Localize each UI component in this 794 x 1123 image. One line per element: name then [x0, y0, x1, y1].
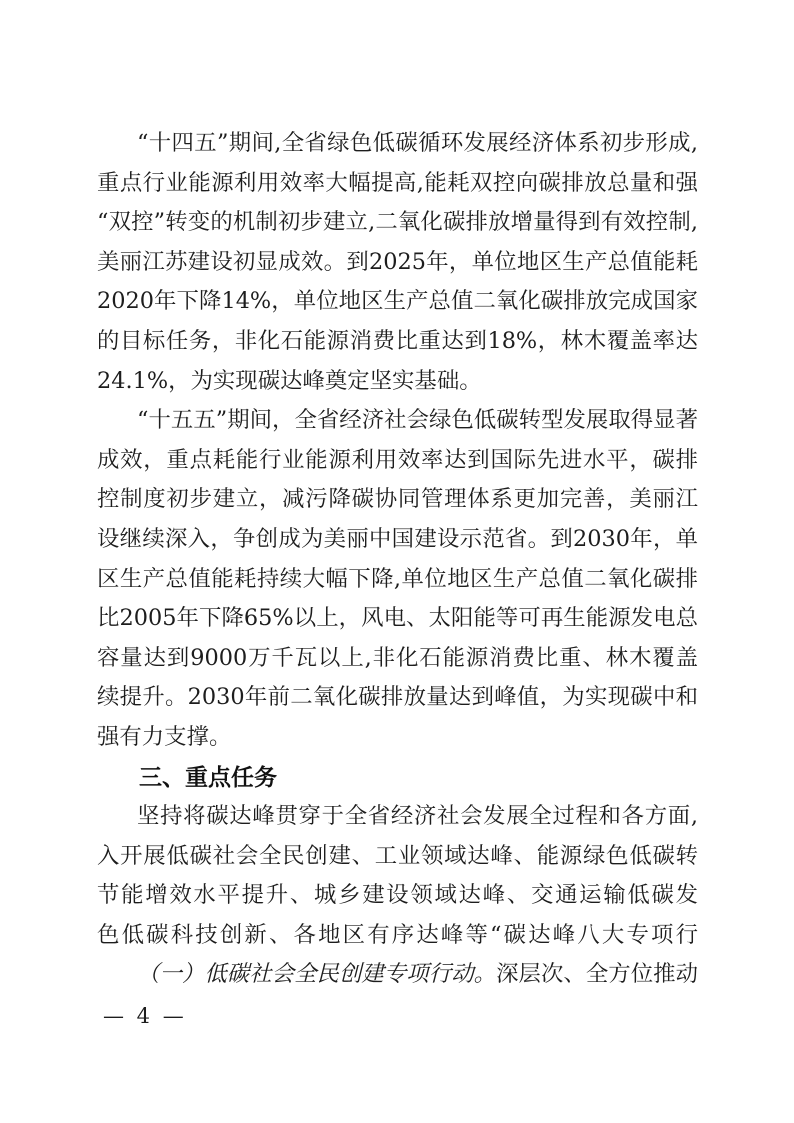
text-line: 比2005年下降65%以上，风电、太阳能等可再生能源发电总装机 [97, 599, 698, 639]
action-item-title: （一）低碳社会全民创建专项行动。 [137, 961, 496, 987]
text-line: 2020年下降14%，单位地区生产总值二氧化碳排放完成国家下达 [97, 282, 698, 322]
text-line: 区生产总值能耗持续大幅下降,单位地区生产总值二氧化碳排放 [97, 560, 698, 600]
text-line: “十四五”期间,全省绿色低碳循环发展经济体系初步形成, [97, 124, 698, 164]
text-line: 的目标任务，非化石能源消费比重达到18%，林木覆盖率达到 [97, 322, 698, 362]
text-line: （一）低碳社会全民创建专项行动。深层次、全方位推动生 [97, 955, 698, 995]
text-line: 节能增效水平提升、城乡建设领域达峰、交通运输低碳发展、绿 [97, 876, 698, 916]
page-number: — 4 — [97, 997, 698, 1037]
text-line: 24.1%，为实现碳达峰奠定坚实基础。 [97, 362, 698, 402]
text-line: 美丽江苏建设初显成效。到2025年，单位地区生产总值能耗比 [97, 243, 698, 283]
text-line: 成效，重点耗能行业能源利用效率达到国际先进水平，碳排放双 [97, 441, 698, 481]
text-line: 入开展低碳社会全民创建、工业领域达峰、能源绿色低碳转型、 [97, 837, 698, 877]
text-line: 续提升。2030年前二氧化碳排放量达到峰值，为实现碳中和提供 [97, 678, 698, 718]
text-line: 控制度初步建立，减污降碳协同管理体系更加完善，美丽江苏建 [97, 480, 698, 520]
paragraph-14th-five-year-plan: “十四五”期间,全省绿色低碳循环发展经济体系初步形成, 重点行业能源利用效率大幅… [97, 124, 698, 401]
text-line: 坚持将碳达峰贯穿于全省经济社会发展全过程和各方面,深 [97, 797, 698, 837]
paragraph-key-tasks-intro: 坚持将碳达峰贯穿于全省经济社会发展全过程和各方面,深 入开展低碳社会全民创建、工… [97, 797, 698, 955]
text-line: 设继续深入，争创成为美丽中国建设示范省。到2030年，单位地 [97, 520, 698, 560]
paragraph-action-item-1: （一）低碳社会全民创建专项行动。深层次、全方位推动生 [97, 955, 698, 995]
text-line: 强有力支撑。 [97, 718, 698, 758]
document-page: “十四五”期间,全省绿色低碳循环发展经济体系初步形成, 重点行业能源利用效率大幅… [0, 0, 794, 1123]
document-body: “十四五”期间,全省绿色低碳循环发展经济体系初步形成, 重点行业能源利用效率大幅… [97, 124, 698, 1037]
section-heading-key-tasks: 三、重点任务 [97, 758, 698, 798]
text-line: 重点行业能源利用效率大幅提高,能耗双控向碳排放总量和强度 [97, 164, 698, 204]
text-line: “双控”转变的机制初步建立,二氧化碳排放增量得到有效控制, [97, 203, 698, 243]
paragraph-15th-five-year-plan: “十五五”期间，全省经济社会绿色低碳转型发展取得显著 成效，重点耗能行业能源利用… [97, 401, 698, 757]
text-line: “十五五”期间，全省经济社会绿色低碳转型发展取得显著 [97, 401, 698, 441]
text-line: 容量达到9000万千瓦以上,非化石能源消费比重、林木覆盖率持 [97, 639, 698, 679]
text-line: 色低碳科技创新、各地区有序达峰等“碳达峰八大专项行动”。 [97, 916, 698, 956]
